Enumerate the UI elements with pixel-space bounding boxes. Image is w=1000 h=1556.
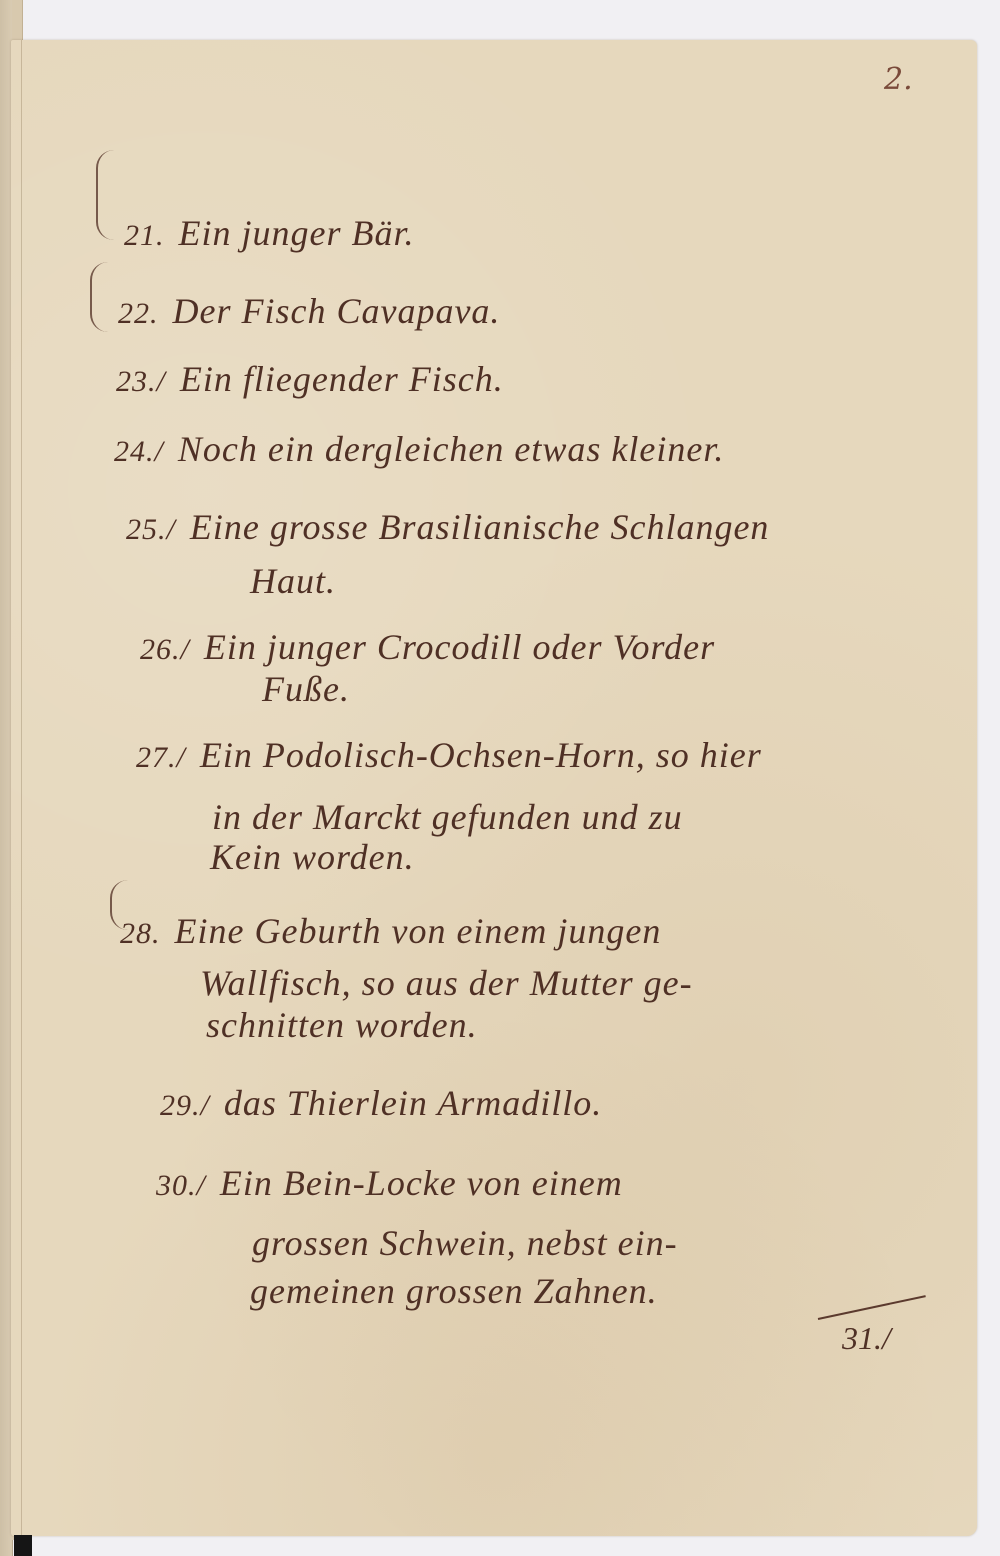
entry-text: in der Marckt gefunden und zu xyxy=(212,797,683,837)
entry-text: Ein Bein-Locke von einem xyxy=(220,1163,623,1203)
entry-number: 25./ xyxy=(126,513,176,547)
entry-text: Der Fisch Cavapava. xyxy=(173,291,501,331)
entry-text: Eine Geburth von einem jungen xyxy=(175,911,662,951)
entry-25: 25./Eine grosse Brasilianische Schlangen xyxy=(126,506,769,548)
entry-26-continuation: Fuße. xyxy=(262,668,350,710)
entry-25-continuation: Haut. xyxy=(250,560,336,602)
entry-27-continuation-2: Kein worden. xyxy=(210,836,415,878)
entry-number: 29./ xyxy=(160,1089,210,1123)
entry-text: Ein Podolisch-Ochsen-Horn, so hier xyxy=(200,735,762,775)
entry-text: Ein junger Bär. xyxy=(179,213,415,253)
margin-bracket-22 xyxy=(90,262,108,332)
entry-text: das Thierlein Armadillo. xyxy=(224,1083,602,1123)
entry-text: Ein fliegender Fisch. xyxy=(180,359,504,399)
entry-number: 27./ xyxy=(136,741,186,775)
entry-30: 30./Ein Bein-Locke von einem xyxy=(156,1162,623,1204)
entry-text: Wallfisch, so aus der Mutter ge- xyxy=(200,963,693,1003)
catchword: 31./ xyxy=(842,1320,891,1357)
entry-29: 29./das Thierlein Armadillo. xyxy=(160,1082,602,1124)
entry-text: Fuße. xyxy=(262,669,350,709)
binding-clip xyxy=(14,1535,32,1556)
margin-bracket-21 xyxy=(96,150,114,240)
entry-22: 22.Der Fisch Cavapava. xyxy=(118,290,500,332)
entry-text: schnitten worden. xyxy=(206,1005,478,1045)
entry-text: Kein worden. xyxy=(210,837,415,877)
entry-number: 26./ xyxy=(140,633,190,667)
page-number: 2. xyxy=(884,62,913,97)
entry-text: gemeinen grossen Zahnen. xyxy=(250,1271,658,1311)
entry-number: 21. xyxy=(124,219,165,253)
entry-number: 28. xyxy=(120,917,161,951)
entry-number: 30./ xyxy=(156,1169,206,1203)
entry-30-continuation-2: gemeinen grossen Zahnen. xyxy=(250,1270,658,1312)
entry-number: 24./ xyxy=(114,435,164,469)
entry-24: 24./Noch ein dergleichen etwas kleiner. xyxy=(114,428,724,470)
entry-number: 23./ xyxy=(116,365,166,399)
entry-number: 22. xyxy=(118,297,159,331)
entry-28-continuation-1: Wallfisch, so aus der Mutter ge- xyxy=(200,962,693,1004)
entry-text: Ein junger Crocodill oder Vorder xyxy=(204,627,715,667)
entry-21: 21.Ein junger Bär. xyxy=(124,212,415,254)
entry-27: 27./Ein Podolisch-Ochsen-Horn, so hier xyxy=(136,734,762,776)
entry-23: 23./Ein fliegender Fisch. xyxy=(116,358,504,400)
entry-text: grossen Schwein, nebst ein- xyxy=(252,1223,678,1263)
entry-text: Noch ein dergleichen etwas kleiner. xyxy=(178,429,725,469)
entry-text: Eine grosse Brasilianische Schlangen xyxy=(190,507,770,547)
entry-30-continuation-1: grossen Schwein, nebst ein- xyxy=(252,1222,678,1264)
entry-26: 26./Ein junger Crocodill oder Vorder xyxy=(140,626,715,668)
entry-28-continuation-2: schnitten worden. xyxy=(206,1004,478,1046)
entry-text: Haut. xyxy=(250,561,336,601)
entry-27-continuation-1: in der Marckt gefunden und zu xyxy=(212,796,683,838)
entry-28: 28.Eine Geburth von einem jungen xyxy=(120,910,661,952)
